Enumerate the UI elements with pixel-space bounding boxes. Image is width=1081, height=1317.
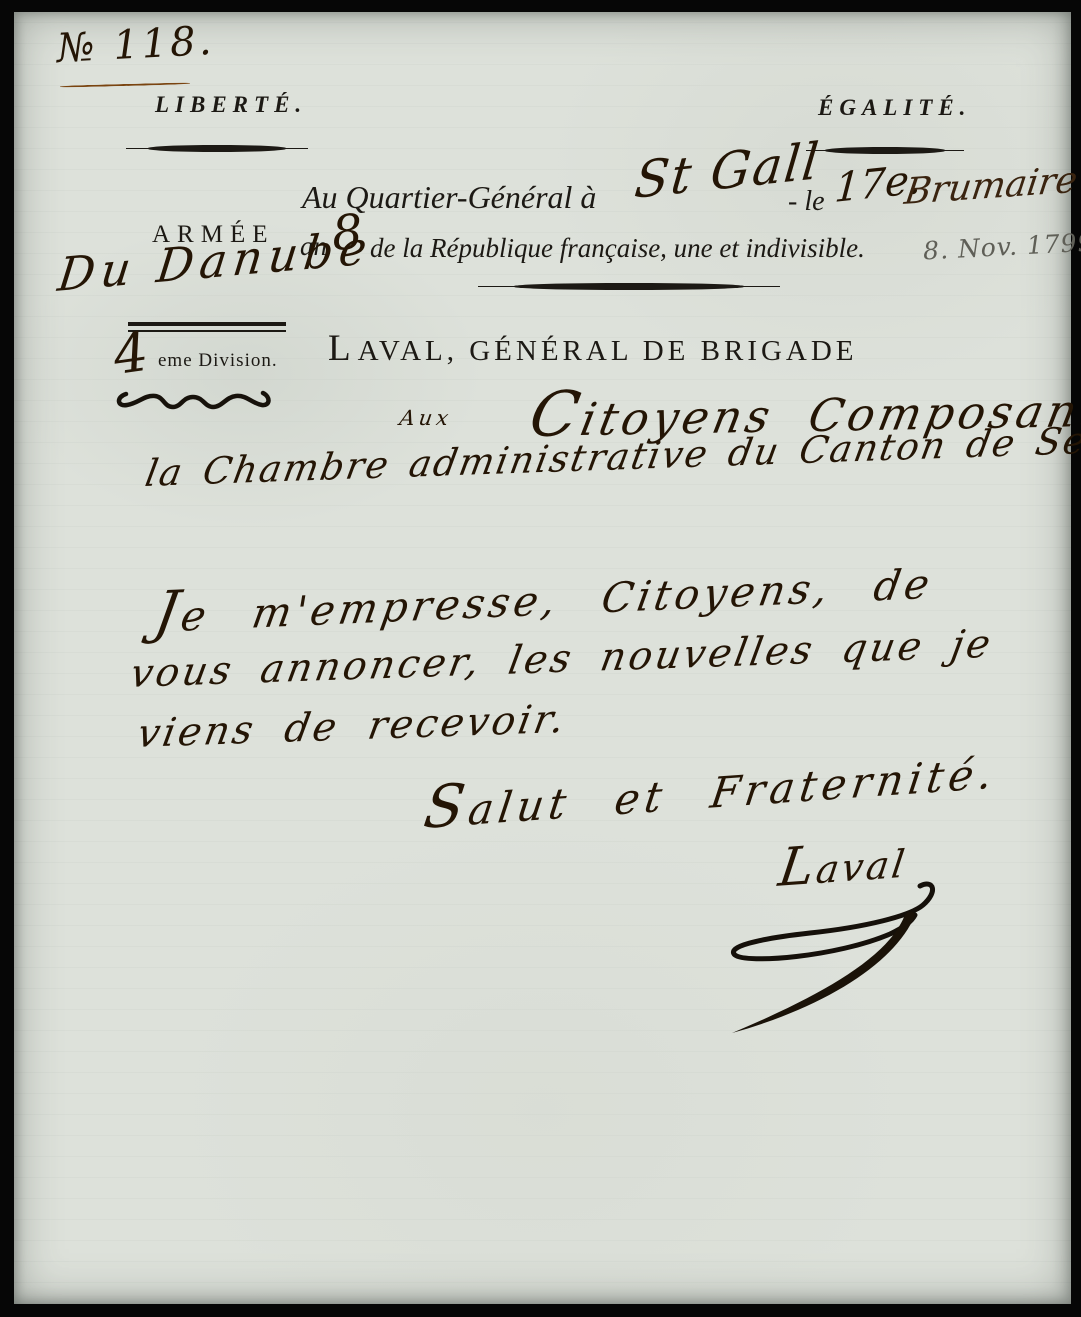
- dateline-rule: [478, 282, 780, 291]
- archival-number: № 118.: [56, 18, 216, 72]
- printed-le-label: - le: [788, 186, 825, 218]
- recipient-salutation: Aux: [398, 406, 454, 430]
- liberte-rule: [126, 144, 308, 153]
- sender-line: LAVAL, GÉNÉRAL DE BRIGADE: [328, 327, 858, 370]
- egalite-rule: [806, 146, 964, 155]
- masthead-liberte: LIBERTÉ.: [155, 92, 307, 118]
- division-printed-label: eme Division.: [158, 350, 278, 372]
- signature-paraph: [714, 876, 946, 1044]
- printed-republic-label: de la République française, une et indiv…: [370, 233, 865, 264]
- document-scan: № 118. LIBERTÉ. ÉGALITÉ. Au Quartier-Gén…: [0, 0, 1081, 1317]
- division-ornament: [116, 386, 272, 420]
- division-rule: [128, 322, 286, 332]
- masthead-egalite: ÉGALITÉ.: [818, 95, 971, 121]
